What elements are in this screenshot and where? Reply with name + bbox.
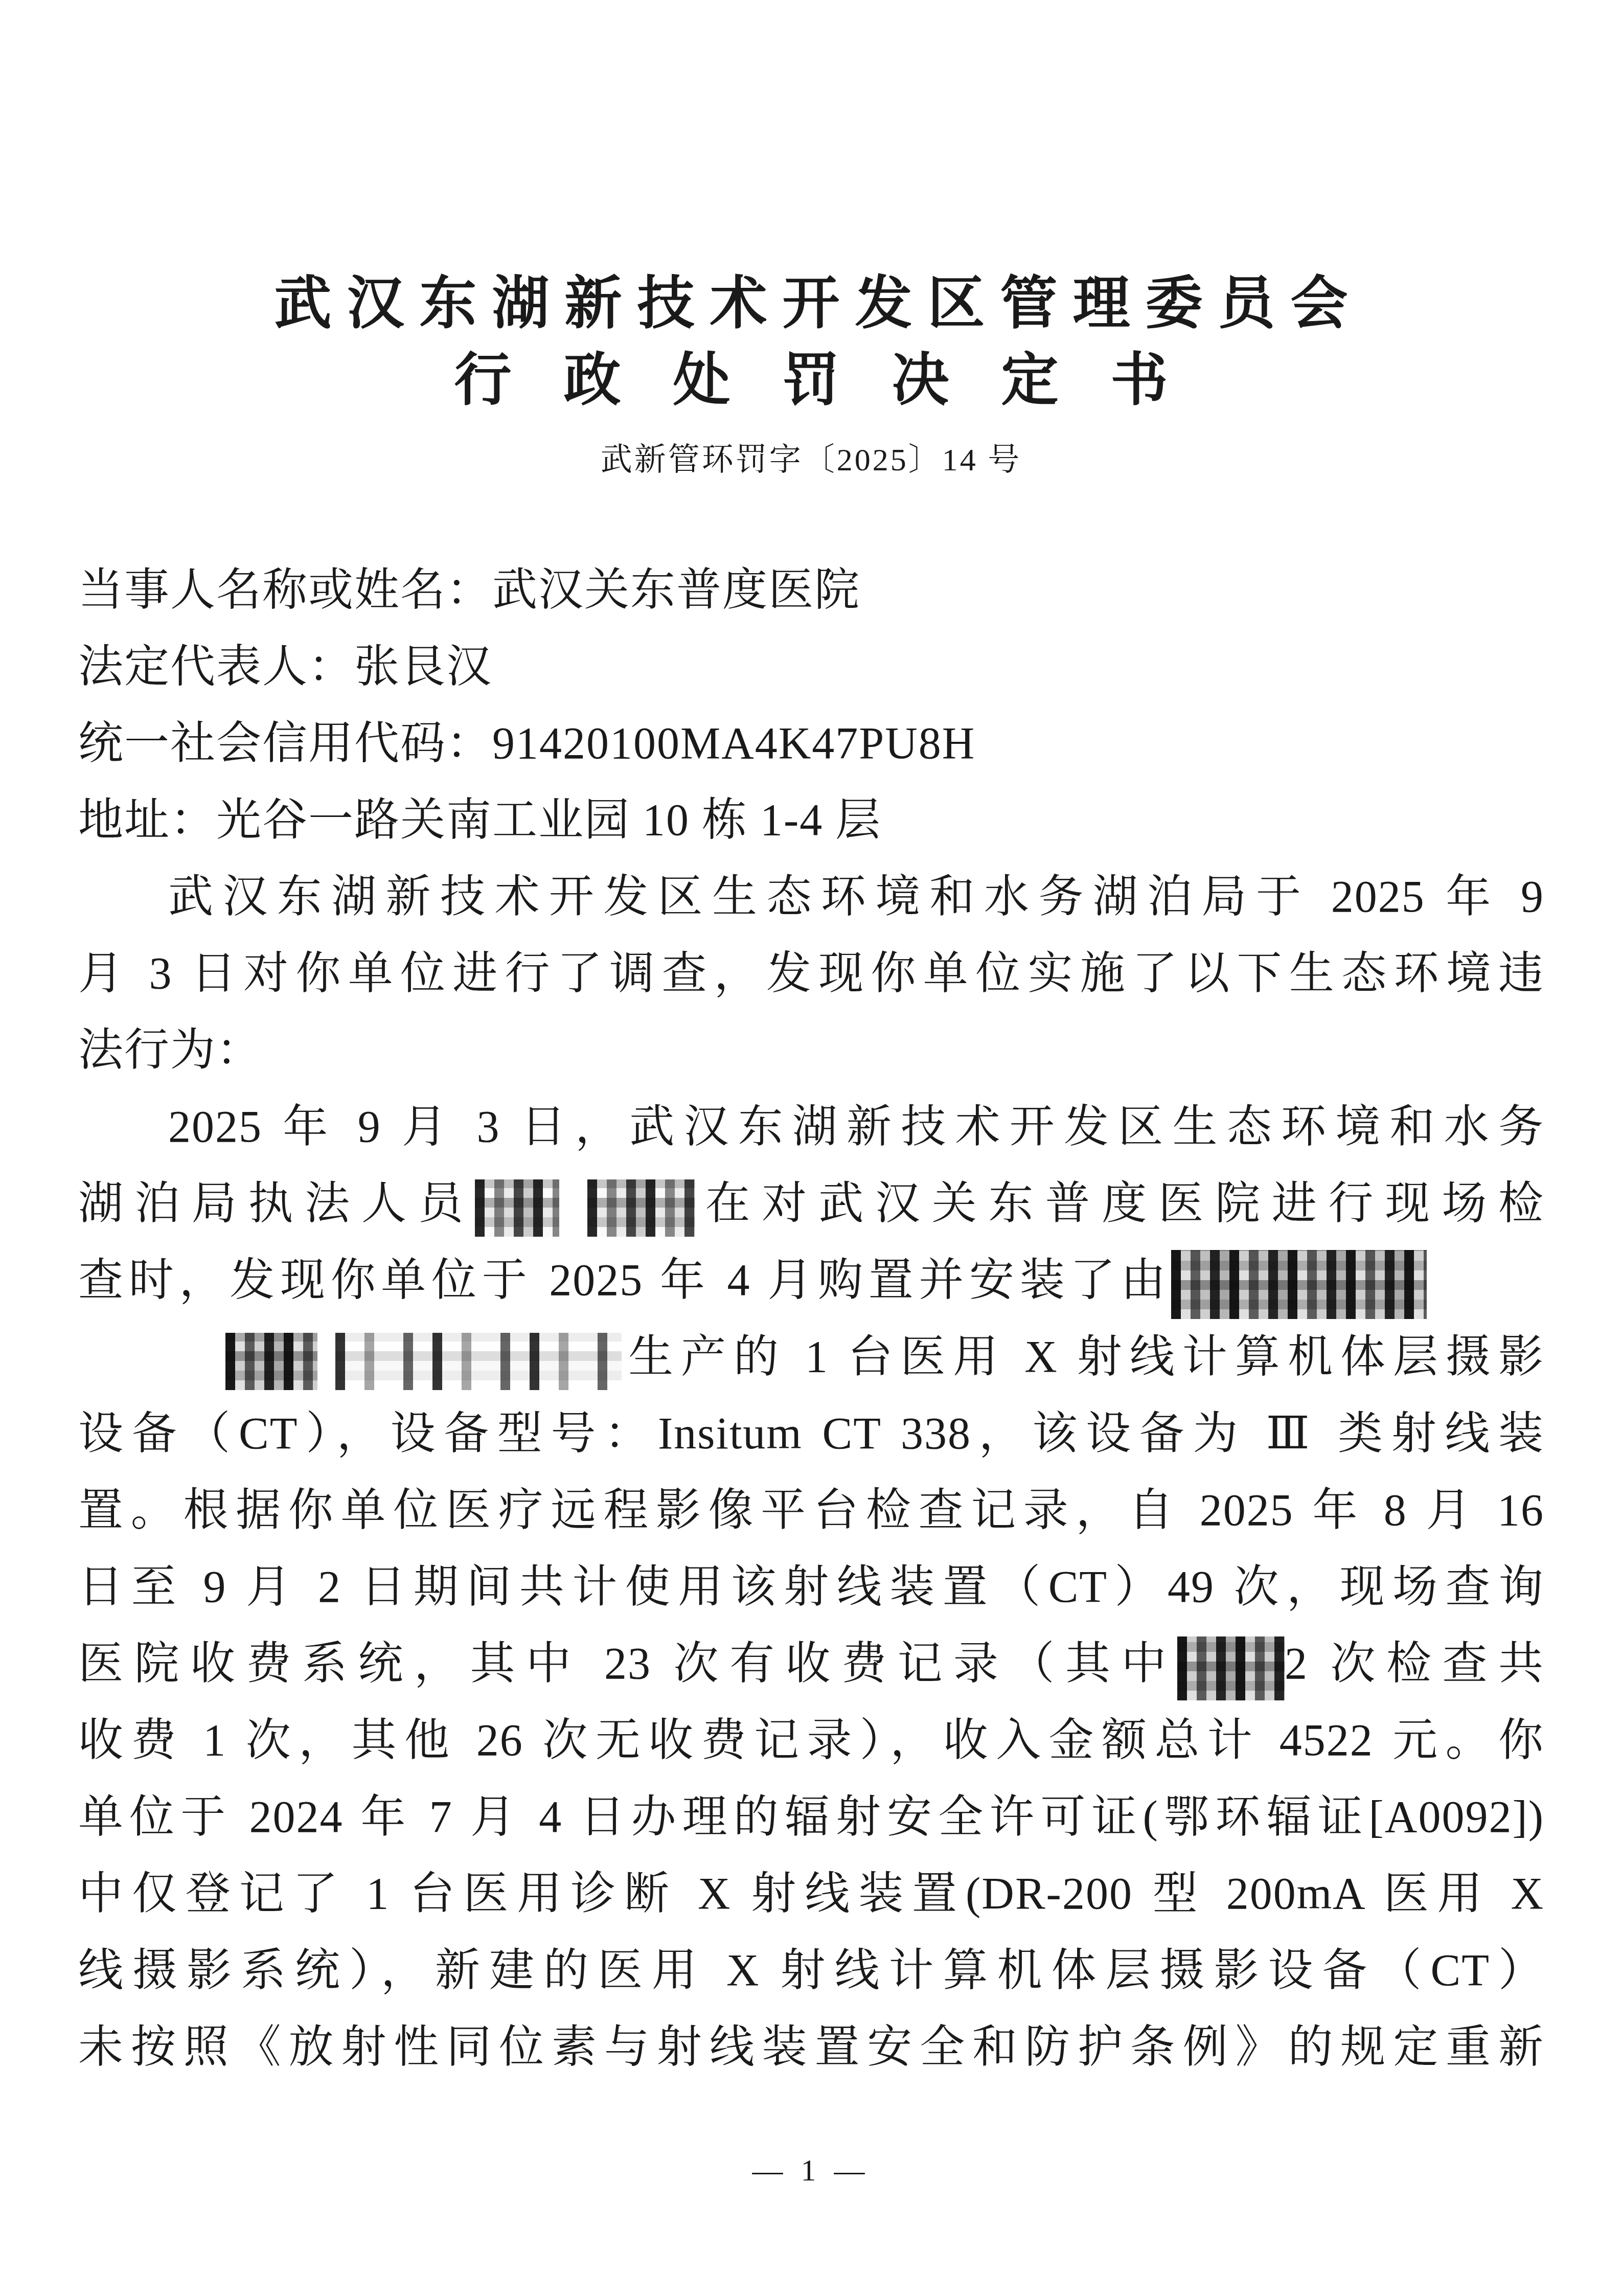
body-text: 医院收费系统，其中 23 次有收费记录（其中 [78,1639,1177,1689]
body-text: 2 次检查共 [1285,1639,1544,1689]
redaction-gap [78,1361,225,1362]
body-text: 单位于 2024 年 7 月 4 日办理的辐射安全许可证(鄂环辐证[A0092]… [78,1792,1544,1842]
redaction-block [335,1333,622,1390]
page: 武汉东湖新技术开发区管理委员会 行政处罚决定书 武新管环罚字〔2025〕14 号… [0,0,1622,2296]
body-text: 月 3 日对你单位进行了调查，发现你单位实施了以下生态环境违 [78,949,1544,998]
body-line: 月 3 日对你单位进行了调查，发现你单位实施了以下生态环境违 [78,936,1544,1012]
redaction-gap [1427,1284,1544,1285]
document-header: 武汉东湖新技术开发区管理委员会 行政处罚决定书 武新管环罚字〔2025〕14 号 [0,266,1622,496]
body-line: 查时，发现你单位于 2025 年 4 月购置并安装了由 [78,1242,1544,1319]
body-text: 2025 年 9 月 3 日，武汉东湖新技术开发区生态环境和水务 [168,1102,1544,1152]
body-text: 统一社会信用代码：91420100MA4K47PU8H [78,719,975,768]
redaction-block [475,1179,559,1237]
doc-number: 武新管环罚字〔2025〕14 号 [0,424,1622,496]
body-text: 生产的 1 台医用 X 射线计算机体层摄影 [622,1332,1544,1382]
body-text: 未按照《放射性同位素与射线装置安全和防护条例》的规定重新 [78,2022,1544,2072]
body-text: 中仅登记了 1 台医用诊断 X 射线装置(DR-200 型 200mA 医用 X [78,1869,1544,1919]
body-line: 设备（CT），设备型号：Insitum CT 338，该设备为 Ⅲ 类射线装 [78,1396,1544,1472]
body-line: 地址：光谷一路关南工业园 10 栋 1-4 层 [78,782,1544,859]
body-text: 查时，发现你单位于 2025 年 4 月购置并安装了由 [78,1256,1171,1305]
body-line: 法行为： [78,1012,1544,1089]
body-text: 法行为： [78,1026,262,1075]
doc-type-title: 行政处罚决定书 [0,343,1622,419]
body-line: 湖泊局执法人员在对武汉关东普度医院进行现场检 [78,1166,1544,1242]
page-footer: — 1 — [0,2132,1622,2209]
body-text: 武汉东湖新技术开发区生态环境和水务湖泊局于 2025 年 9 [168,872,1544,922]
body-text: 湖泊局执法人员 [78,1179,475,1229]
body-text: 线摄影系统），新建的医用 X 射线计算机体层摄影设备（CT） [78,1946,1544,1995]
body-line: 医院收费系统，其中 23 次有收费记录（其中2 次检查共 [78,1626,1544,1702]
body-text: 置。根据你单位医疗远程影像平台检查记录，自 2025 年 8 月 16 [78,1486,1544,1535]
page-number: — 1 — [752,2153,870,2187]
redaction-block [1177,1636,1285,1700]
body-text: 收费 1 次，其他 26 次无收费记录），收入金额总计 4522 元。你 [78,1716,1544,1765]
authority-title: 武汉东湖新技术开发区管理委员会 [0,266,1622,343]
body-line: 法定代表人：张艮汉 [78,629,1544,706]
redaction-block [1171,1250,1427,1319]
body-line: 线摄影系统），新建的医用 X 射线计算机体层摄影设备（CT） [78,1933,1544,2009]
body-text: 设备（CT），设备型号：Insitum CT 338，该设备为 Ⅲ 类射线装 [78,1409,1544,1459]
body-line: 生产的 1 台医用 X 射线计算机体层摄影 [78,1319,1544,1396]
body-text: 日至 9 月 2 日期间共计使用该射线装置（CT）49 次，现场查询 [78,1562,1544,1612]
body-text: 当事人名称或姓名：武汉关东普度医院 [78,565,860,615]
redaction-block [587,1179,695,1237]
body-line: 中仅登记了 1 台医用诊断 X 射线装置(DR-200 型 200mA 医用 X [78,1856,1544,1933]
redaction-gap [559,1208,587,1209]
body-line: 2025 年 9 月 3 日，武汉东湖新技术开发区生态环境和水务 [78,1089,1544,1166]
redaction-block [225,1333,317,1390]
body-text: 地址：光谷一路关南工业园 10 栋 1-4 层 [78,795,881,845]
body-line: 统一社会信用代码：91420100MA4K47PU8H [78,706,1544,782]
body-line: 收费 1 次，其他 26 次无收费记录），收入金额总计 4522 元。你 [78,1702,1544,1779]
body-line: 武汉东湖新技术开发区生态环境和水务湖泊局于 2025 年 9 [78,859,1544,936]
body-line: 置。根据你单位医疗远程影像平台检查记录，自 2025 年 8 月 16 [78,1472,1544,1549]
redaction-gap [317,1361,335,1362]
document-body: 当事人名称或姓名：武汉关东普度医院法定代表人：张艮汉统一社会信用代码：91420… [78,552,1544,2086]
body-line: 未按照《放射性同位素与射线装置安全和防护条例》的规定重新 [78,2009,1544,2086]
body-text: 在对武汉关东普度医院进行现场检 [695,1179,1544,1229]
body-text: 法定代表人：张艮汉 [78,642,492,692]
body-line: 日至 9 月 2 日期间共计使用该射线装置（CT）49 次，现场查询 [78,1549,1544,1626]
body-line: 单位于 2024 年 7 月 4 日办理的辐射安全许可证(鄂环辐证[A0092]… [78,1779,1544,1856]
body-line: 当事人名称或姓名：武汉关东普度医院 [78,552,1544,629]
